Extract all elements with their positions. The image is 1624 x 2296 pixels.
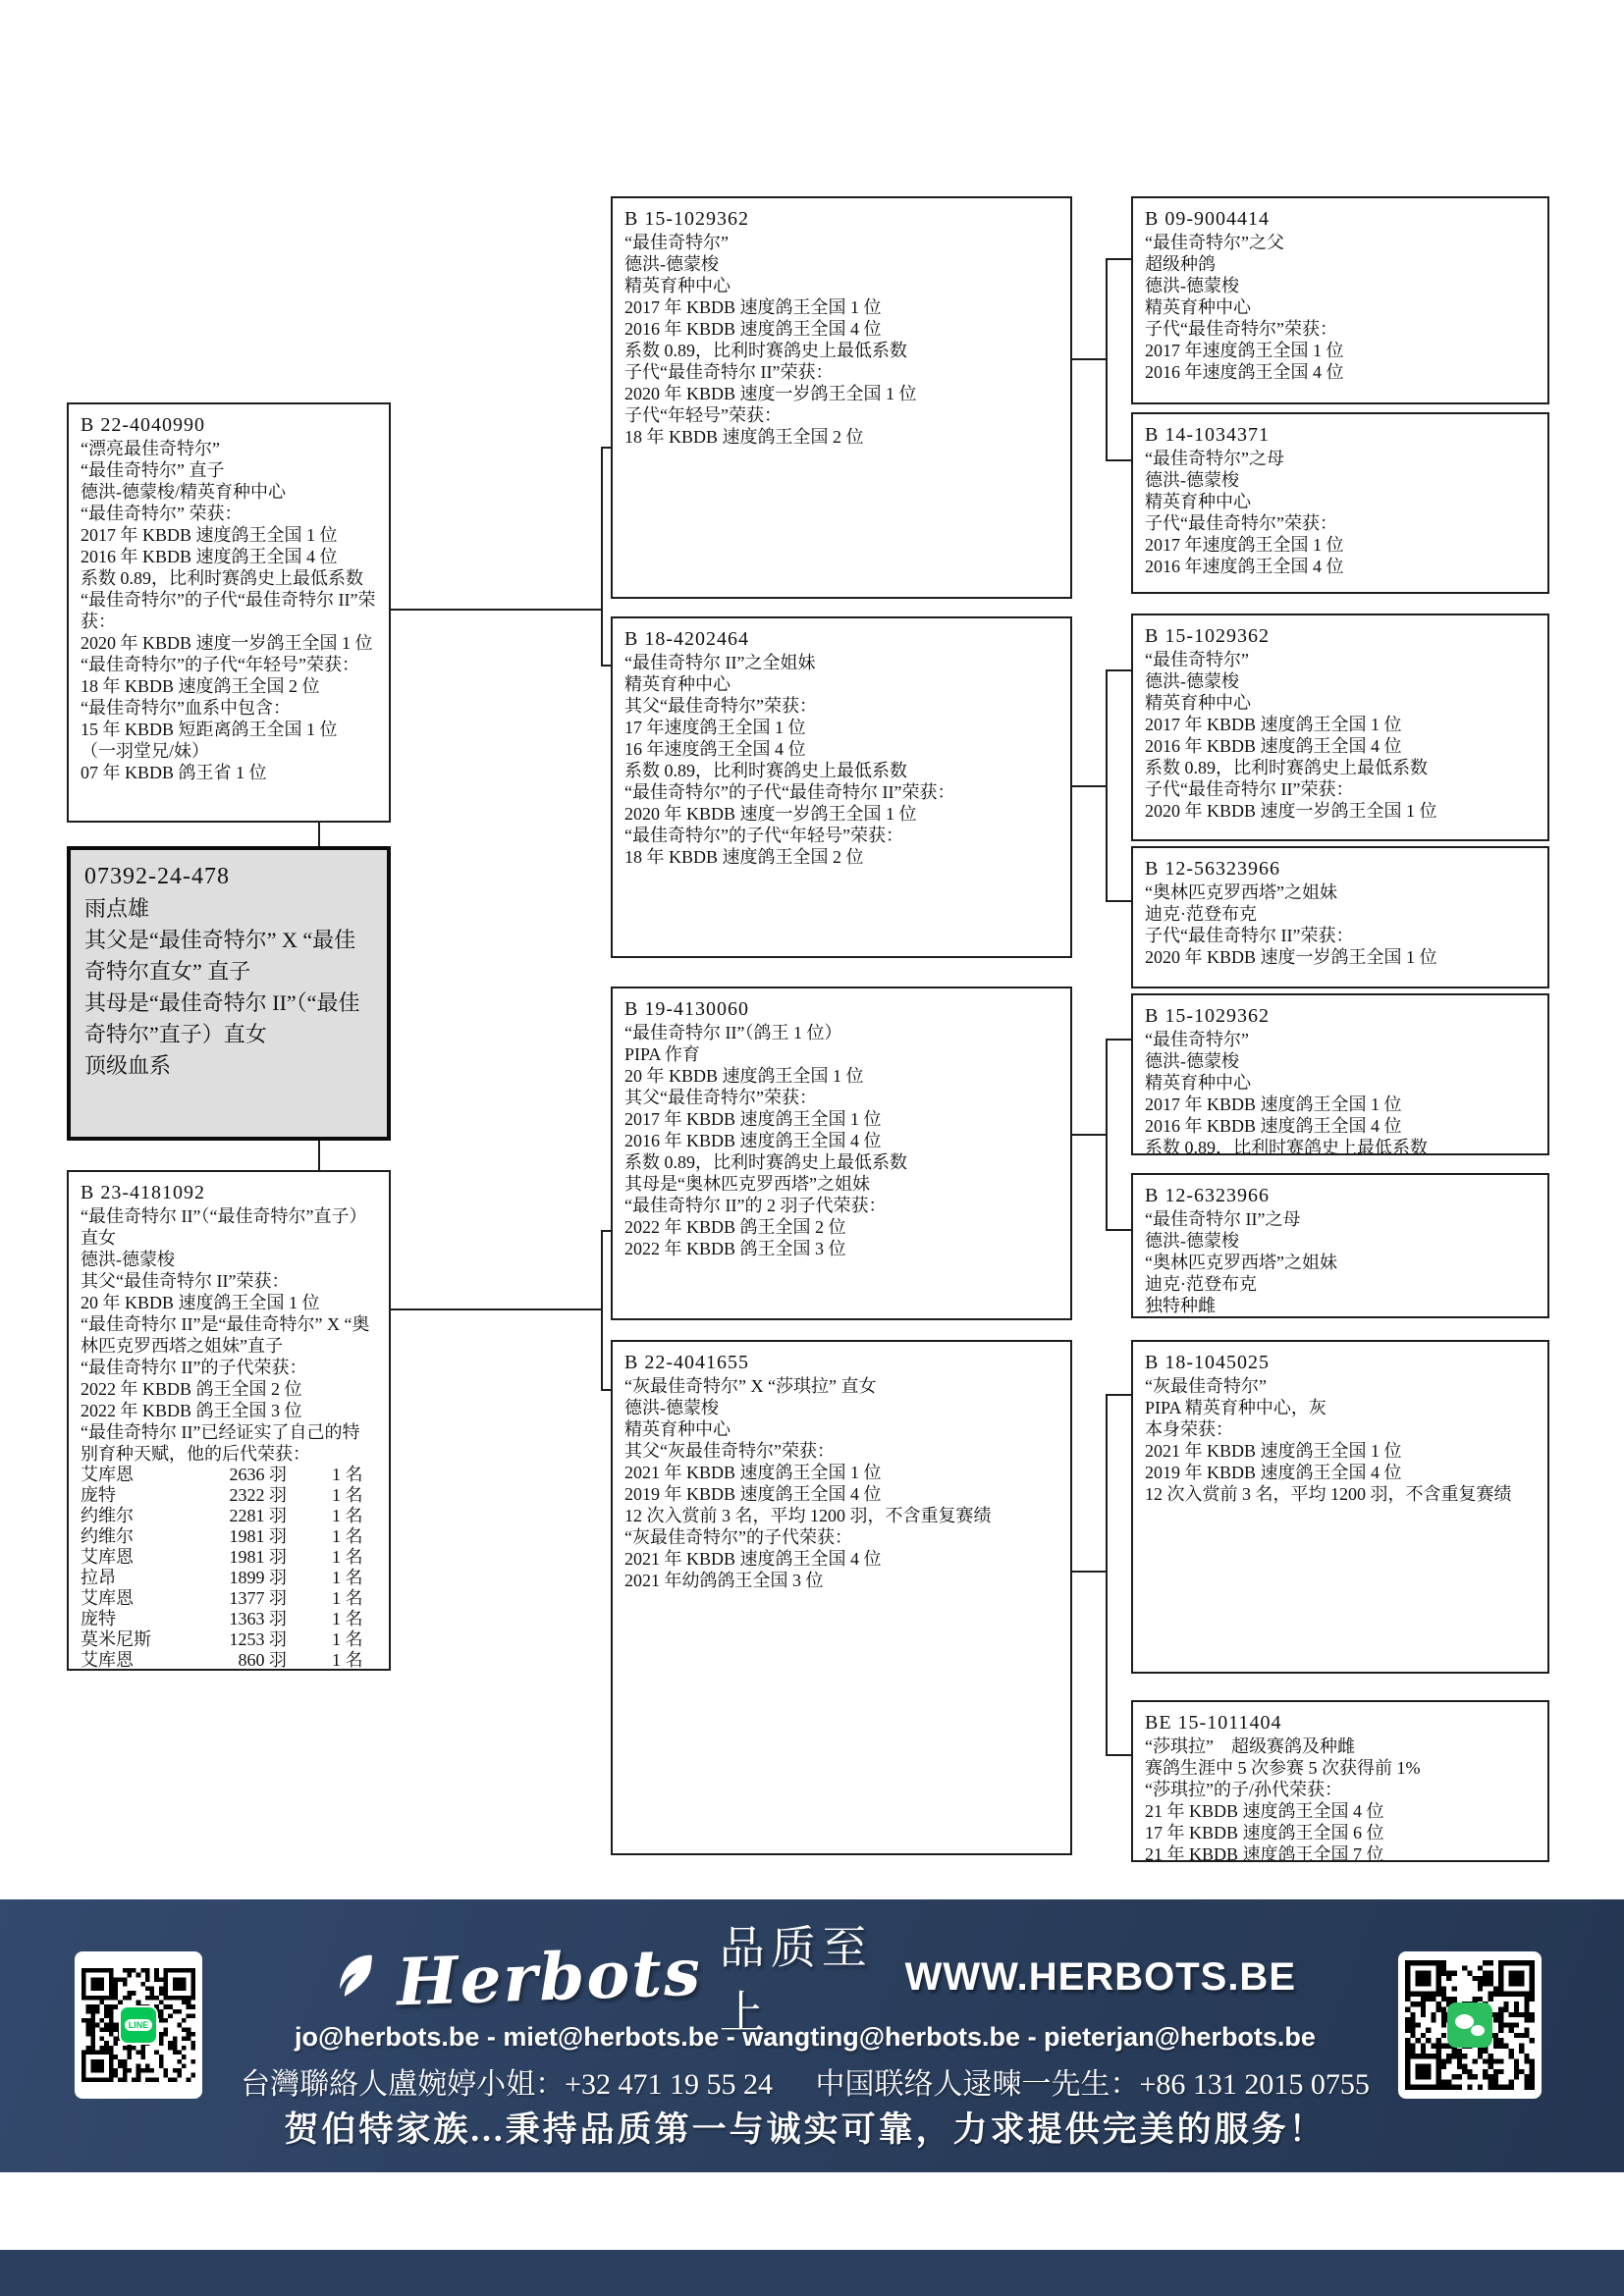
pedigree-box-subject: 07392-24-478 雨点雄 其父是“最佳奇特尔” X “最佳奇特尔直女” … [67,846,391,1141]
ring-number: B 18-1045025 [1145,1350,1536,1375]
race-rank: 1 名 [332,1609,363,1629]
race-rank: 1 名 [332,1568,363,1588]
pedigree-box-text: “最佳奇特尔 II”（鸽王 1 位） PIPA 作育 20 年 KBDB 速度鸽… [624,1022,1058,1259]
ring-number: B 14-1034371 [1145,422,1536,448]
pedigree-box-sire: B 22-4040990 “漂亮最佳奇特尔” “最佳奇特尔” 直子 德洪-德蒙梭… [67,402,391,823]
race-result-row: 拉昂 1899 羽 1 名 [81,1568,377,1588]
pedigree-box-dam-dam-dam: BE 15-1011404 “莎琪拉” 超级赛鸽及种雌 赛鸽生涯中 5 次参赛 … [1131,1700,1549,1862]
pedigree-connector [601,447,611,449]
ring-number: 07392-24-478 [84,860,373,893]
race-name: 拉昂 [81,1568,196,1588]
pedigree-box-text: “最佳奇特尔”之母 德洪-德蒙梭 精英育种中心 子代“最佳奇特尔”荣获： 201… [1145,448,1536,577]
pedigree-box-text: “最佳奇特尔 II”（“最佳奇特尔”直子）直女 德洪-德蒙梭 其父“最佳奇特尔 … [81,1205,377,1465]
pedigree-connector [1106,1394,1108,1756]
pedigree-connector [1106,258,1131,260]
pedigree-connector [318,1141,320,1170]
race-birds: 2322 羽 [196,1485,287,1506]
pedigree-connector [601,1230,603,1391]
race-result-row: 庞特 1363 羽 1 名 [81,1609,377,1629]
footer-contacts: 台灣聯絡人盧婉婷小姐：+32 471 19 55 24 中国联络人逯暕一先生：+… [167,2059,1443,2103]
pedigree-connector [1106,669,1131,671]
race-name: 约维尔 [81,1526,196,1547]
brand-logo-text: Herbots [396,1934,703,2021]
pedigree-box-dam: B 23-4181092 “最佳奇特尔 II”（“最佳奇特尔”直子）直女 德洪-… [67,1170,391,1671]
pedigree-box-dam-sire: B 19-4130060 “最佳奇特尔 II”（鸽王 1 位） PIPA 作育 … [611,987,1072,1320]
race-name: 艾库恩 [81,1465,196,1485]
pedigree-box-text: “最佳奇特尔” 德洪-德蒙梭 精英育种中心 2017 年 KBDB 速度鸽王全国… [1145,1029,1536,1155]
race-birds: 2281 羽 [196,1506,287,1526]
pedigree-connector [601,1230,611,1232]
race-name: 约维尔 [81,1506,196,1526]
race-result-row: 约维尔 2281 羽 1 名 [81,1506,377,1526]
pedigree-connector [1106,900,1131,902]
pedigree-box-text: 雨点雄 其父是“最佳奇特尔” X “最佳奇特尔直女” 直子 其母是“最佳奇特尔 … [84,893,373,1082]
pedigree-box-sire-dam-dam: B 12-56323966 “奥林匹克罗西塔”之姐妹 迪克·范登布克 子代“最佳… [1131,846,1549,988]
footer-logo-row: Herbots 品质至上 WWW.HERBOTS.BE [334,1932,1296,2022]
pedigree-box-text: “最佳奇特尔”之父 超级种鸽 德洪-德蒙梭 精英育种中心 子代“最佳奇特尔”荣获… [1145,232,1536,383]
wechat-qr-code [1398,1951,1542,2099]
pedigree-box-text: “最佳奇特尔 II”之母 德洪-德蒙梭 “奥林匹克罗西塔”之姐妹 迪克·范登布克… [1145,1208,1536,1316]
race-result-row: 艾库恩 2636 羽 1 名 [81,1465,377,1485]
race-birds: 1981 羽 [196,1547,287,1568]
race-result-row: 庞特 2322 羽 1 名 [81,1485,377,1506]
contact-china: 中国联络人逯暕一先生：+86 131 2015 0755 [816,2068,1370,2101]
ring-number: B 19-4130060 [624,996,1058,1022]
race-birds: 1363 羽 [196,1609,287,1629]
pedigree-connector [1106,1039,1131,1041]
race-result-row: 艾库恩 1981 羽 1 名 [81,1547,377,1568]
pedigree-box-dam-sire-dam: B 12-6323966 “最佳奇特尔 II”之母 德洪-德蒙梭 “奥林匹克罗西… [1131,1173,1549,1318]
ring-number: B 22-4040990 [81,412,377,438]
race-rank: 1 名 [332,1629,363,1650]
race-name: 庞特 [81,1609,196,1629]
ring-number: B 23-4181092 [81,1180,377,1205]
pedigree-connector [1106,459,1131,461]
race-result-row: 约维尔 1981 羽 1 名 [81,1526,377,1547]
pedigree-box-dam-sire-sire: B 15-1029362 “最佳奇特尔” 德洪-德蒙梭 精英育种中心 2017 … [1131,993,1549,1155]
pedigree-box-sire-dam-sire: B 15-1029362 “最佳奇特尔” 德洪-德蒙梭 精英育种中心 2017 … [1131,614,1549,841]
pedigree-connector [1106,1229,1131,1231]
race-birds: 1253 羽 [196,1629,287,1650]
pedigree-box-sire-sire: B 15-1029362 “最佳奇特尔” 德洪-德蒙梭 精英育种中心 2017 … [611,196,1072,599]
pedigree-connector [601,665,611,667]
race-name: 莫米尼斯 [81,1629,196,1650]
race-rank: 1 名 [332,1526,363,1547]
race-result-row: 艾库恩 1377 羽 1 名 [81,1588,377,1609]
pedigree-box-text: “最佳奇特尔 II”之全姐妹 精英育种中心 其父“最佳奇特尔”荣获： 17 年速… [624,652,1058,868]
pedigree-box-sire-sire-sire: B 09-9004414 “最佳奇特尔”之父 超级种鸽 德洪-德蒙梭 精英育种中… [1131,196,1549,404]
race-name: 艾库恩 [81,1547,196,1568]
pedigree-connector [1106,1754,1131,1756]
race-birds: 860 羽 [196,1650,287,1671]
pedigree-connector [391,1308,601,1310]
pedigree-connector [318,823,320,846]
pedigree-connector [1106,1394,1131,1396]
pedigree-connector [1072,785,1108,787]
race-rank: 1 名 [332,1485,363,1506]
wechat-icon [1447,2002,1492,2048]
pedigree-box-dam-dam: B 22-4041655 “灰最佳奇特尔” X “莎琪拉” 直女 德洪-德蒙梭 … [611,1340,1072,1855]
ring-number: B 15-1029362 [624,206,1058,232]
pedigree-box-text: “灰最佳奇特尔” X “莎琪拉” 直女 德洪-德蒙梭 精英育种中心 其父“灰最佳… [624,1375,1058,1591]
race-rank: 1 名 [332,1547,363,1568]
footer-slogan: 贺伯特家族...秉持品质第一与诚实可靠，力求提供完美的服务！ [167,2103,1443,2152]
race-birds: 1377 羽 [196,1588,287,1609]
pedigree-connector [1072,1134,1108,1136]
race-rank: 1 名 [332,1506,363,1526]
race-name: 艾库恩 [81,1650,196,1671]
pedigree-box-sire-sire-dam: B 14-1034371 “最佳奇特尔”之母 德洪-德蒙梭 精英育种中心 子代“… [1131,412,1549,594]
ring-number: B 09-9004414 [1145,206,1536,232]
pedigree-box-sire-dam: B 18-4202464 “最佳奇特尔 II”之全姐妹 精英育种中心 其父“最佳… [611,616,1072,958]
line-icon-label: LINE [125,2019,153,2031]
race-birds: 1981 羽 [196,1526,287,1547]
website-url: WWW.HERBOTS.BE [905,1955,1296,2000]
line-icon: LINE [119,2005,158,2045]
race-rank: 1 名 [332,1588,363,1609]
ring-number: B 12-56323966 [1145,856,1536,881]
pedigree-box-text: “最佳奇特尔” 德洪-德蒙梭 精英育种中心 2017 年 KBDB 速度鸽王全国… [624,232,1058,448]
pedigree-connector [391,609,601,611]
pedigree-connector [601,447,603,667]
pedigree-box-text: “漂亮最佳奇特尔” “最佳奇特尔” 直子 德洪-德蒙梭/精英育种中心 “最佳奇特… [81,438,377,783]
pedigree-connector [1072,358,1108,360]
pedigree-connector [1072,1571,1108,1573]
pedigree-connector [1106,1039,1108,1231]
ring-number: B 12-6323966 [1145,1183,1536,1208]
race-rank: 1 名 [332,1465,363,1485]
wechat-bubbles [1455,2014,1485,2036]
bottom-navy-strip [0,2250,1624,2296]
ring-number: BE 15-1011404 [1145,1710,1536,1735]
pedigree-box-text: “莎琪拉” 超级赛鸽及种雌 赛鸽生涯中 5 次参赛 5 次获得前 1% “莎琪拉… [1145,1735,1536,1862]
race-result-row: 莫米尼斯 1253 羽 1 名 [81,1629,377,1650]
pedigree-connector [1106,258,1108,461]
ring-number: B 15-1029362 [1145,1003,1536,1029]
ring-number: B 22-4041655 [624,1350,1058,1375]
footer-emails: jo@herbots.be - miet@herbots.be - wangti… [216,2022,1394,2053]
race-birds: 2636 羽 [196,1465,287,1485]
pedigree-connector [601,1389,611,1391]
race-name: 艾库恩 [81,1588,196,1609]
race-name: 庞特 [81,1485,196,1506]
race-rank: 1 名 [332,1650,363,1671]
pedigree-box-text: “奥林匹克罗西塔”之姐妹 迪克·范登布克 子代“最佳奇特尔 II”荣获： 202… [1145,881,1536,968]
pedigree-page: B 22-4040990 “漂亮最佳奇特尔” “最佳奇特尔” 直子 德洪-德蒙梭… [0,0,1624,2296]
pedigree-connector [1106,669,1108,902]
ring-number: B 15-1029362 [1145,623,1536,649]
race-results-table: 艾库恩 2636 羽 1 名 庞特 2322 羽 1 名 约维尔 2281 羽 … [81,1465,377,1671]
feather-icon [329,1946,385,2008]
contact-taiwan: 台灣聯絡人盧婉婷小姐：+32 471 19 55 24 [241,2068,773,2101]
ring-number: B 18-4202464 [624,626,1058,652]
pedigree-box-text: “灰最佳奇特尔” PIPA 精英育种中心，灰 本身荣获： 2021 年 KBDB… [1145,1375,1536,1505]
race-result-row: 艾库恩 860 羽 1 名 [81,1650,377,1671]
pedigree-box-dam-dam-sire: B 18-1045025 “灰最佳奇特尔” PIPA 精英育种中心，灰 本身荣获… [1131,1340,1549,1674]
pedigree-box-text: “最佳奇特尔” 德洪-德蒙梭 精英育种中心 2017 年 KBDB 速度鸽王全国… [1145,649,1536,822]
race-birds: 1899 羽 [196,1568,287,1588]
